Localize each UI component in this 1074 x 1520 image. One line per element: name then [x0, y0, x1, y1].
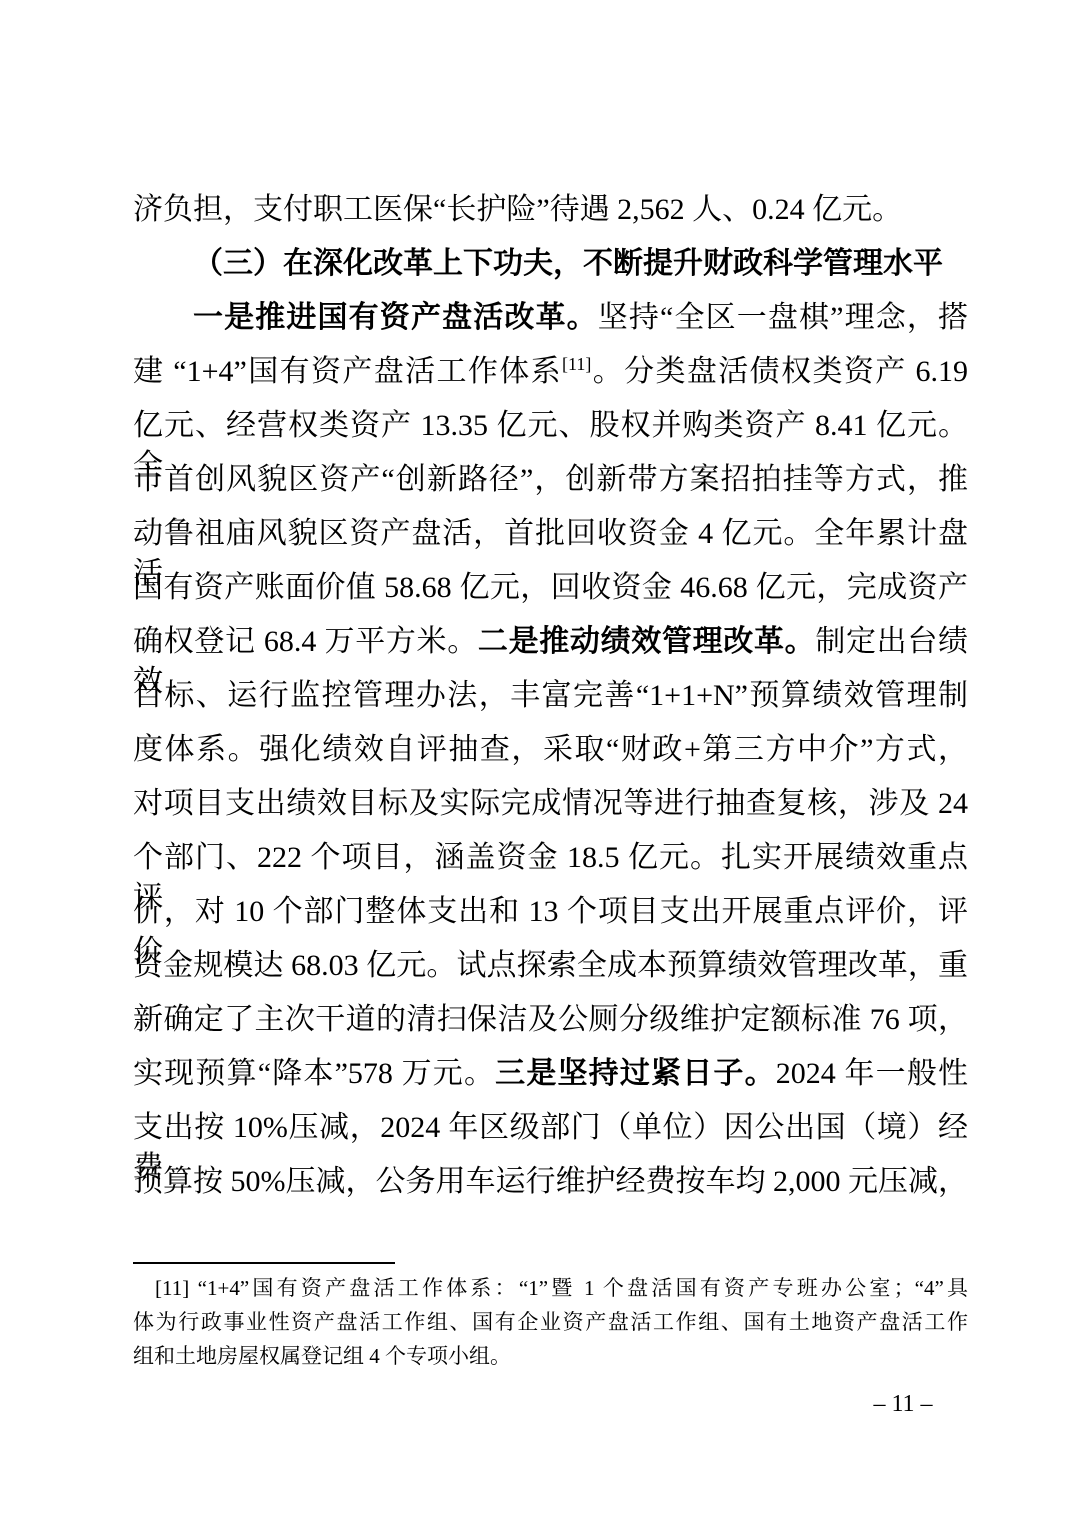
footnote-line: 组和土地房屋权属登记组 4 个专项小组。	[133, 1341, 968, 1371]
body-line: 预算按 50%压减，公务用车运行维护经费按车均 2,000 元压减，	[133, 1162, 968, 1202]
text-segment: 资金规模达 68.03 亿元。试点探索全成本预算绩效管理改革，重	[133, 949, 968, 982]
body-line: 实现预算“降本”578 万元。三是坚持过紧日子。2024 年一般性	[133, 1054, 968, 1094]
text-segment: 目标、运行监控管理办法，丰富完善“1+1+N”预算绩效管理制	[133, 679, 968, 712]
body-line: 目标、运行监控管理办法，丰富完善“1+1+N”预算绩效管理制	[133, 676, 968, 716]
heading-text: （三）在深化改革上下功夫，不断提升财政科学管理水平	[193, 247, 943, 280]
body-line: 度体系。强化绩效自评抽查，采取“财政+第三方中介”方式，	[133, 730, 968, 770]
body-line: 国有资产账面价值 58.68 亿元，回收资金 46.68 亿元，完成资产	[133, 568, 968, 608]
text-segment: 预算按 50%压减，公务用车运行维护经费按车均 2,000 元压减，	[133, 1165, 968, 1198]
text-segment: 国有资产账面价值 58.68 亿元，回收资金 46.68 亿元，完成资产	[133, 571, 968, 604]
bold-lead-in: 二是推动绩效管理改革。	[478, 625, 815, 658]
body-line: 市首创风貌区资产“创新路径”，创新带方案招拍挂等方式，推	[133, 460, 968, 500]
text-segment: 新确定了主次干道的清扫保洁及公厕分级维护定额标准 76 项，	[133, 1003, 968, 1036]
text-segment: 对项目支出绩效目标及实际完成情况等进行抽查复核，涉及 24	[133, 787, 968, 820]
page-number: – 11 –	[856, 1390, 950, 1418]
text-segment: 济负担，支付职工医保“长护险”待遇 2,562 人、0.24 亿元。	[133, 193, 902, 226]
footnote-reference: [11]	[562, 354, 591, 374]
body-line-continuation: 济负担，支付职工医保“长护险”待遇 2,562 人、0.24 亿元。	[133, 190, 968, 230]
footnote-text: [11] “1+4”国有资产盘活工作体系：“1”暨 1 个盘活国有资产专班办公室…	[155, 1276, 968, 1300]
body-line: 资金规模达 68.03 亿元。试点探索全成本预算绩效管理改革，重	[133, 946, 968, 986]
bold-lead-in: 一是推进国有资产盘活改革。	[193, 301, 598, 334]
footnote-text: 体为行政事业性资产盘活工作组、国有企业资产盘活工作组、国有土地资产盘活工作	[133, 1310, 968, 1334]
text-segment: 2024 年一般性	[776, 1057, 968, 1090]
body-line: 一是推进国有资产盘活改革。坚持“全区一盘棋”理念，搭	[133, 298, 968, 338]
body-line: 对项目支出绩效目标及实际完成情况等进行抽查复核，涉及 24	[133, 784, 968, 824]
text-segment: 建 “1+4”国有资产盘活工作体系	[133, 355, 562, 388]
body-line: 建 “1+4”国有资产盘活工作体系[11]。分类盘活债权类资产 6.19	[133, 352, 968, 392]
body-line: 新确定了主次干道的清扫保洁及公厕分级维护定额标准 76 项，	[133, 1000, 968, 1040]
footnote-divider	[133, 1262, 395, 1264]
text-segment: 确权登记 68.4 万平方米。	[133, 625, 478, 658]
text-segment: 度体系。强化绩效自评抽查，采取“财政+第三方中介”方式，	[133, 733, 968, 766]
bold-lead-in: 三是坚持过紧日子。	[495, 1057, 776, 1090]
section-heading: （三）在深化改革上下功夫，不断提升财政科学管理水平	[133, 244, 968, 284]
text-segment: 市首创风貌区资产“创新路径”，创新带方案招拍挂等方式，推	[133, 463, 968, 496]
footnote-text: 组和土地房屋权属登记组 4 个专项小组。	[133, 1344, 511, 1368]
footnote-line: 体为行政事业性资产盘活工作组、国有企业资产盘活工作组、国有土地资产盘活工作	[133, 1307, 968, 1337]
document-page: 济负担，支付职工医保“长护险”待遇 2,562 人、0.24 亿元。 （三）在深…	[0, 0, 1074, 1520]
text-segment: 坚持“全区一盘棋”理念，搭	[598, 301, 968, 334]
footnote-line: [11] “1+4”国有资产盘活工作体系：“1”暨 1 个盘活国有资产专班办公室…	[133, 1273, 968, 1303]
text-segment: 实现预算“降本”578 万元。	[133, 1057, 495, 1090]
text-segment: 。分类盘活债权类资产 6.19	[591, 355, 968, 388]
